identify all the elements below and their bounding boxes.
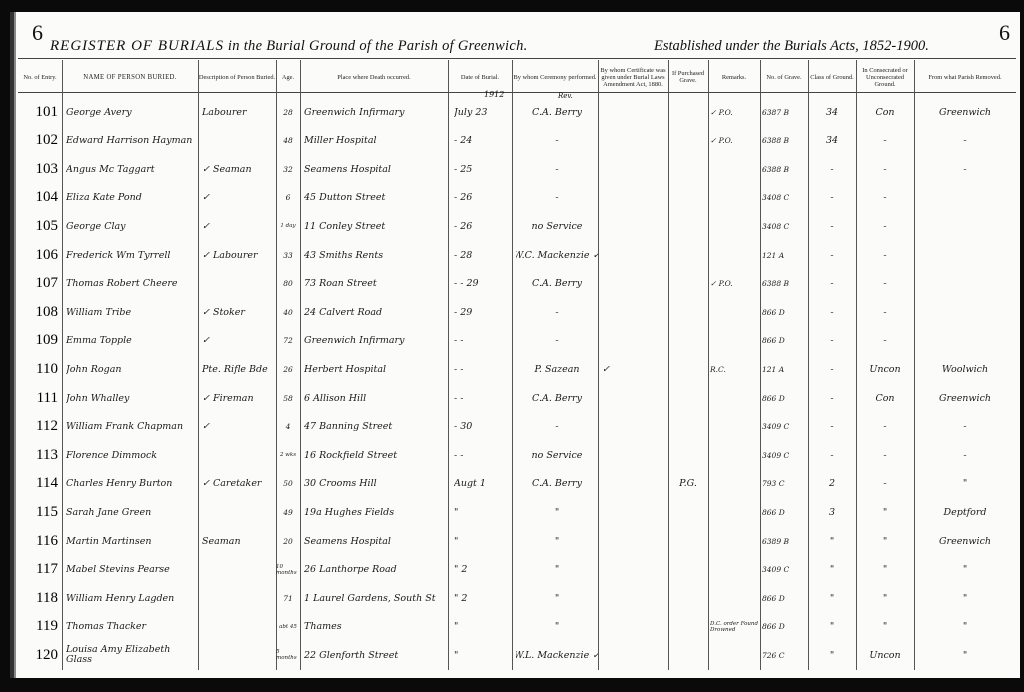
table-row: 117Mabel Stevins Pearse10 months26 Lanth…: [14, 556, 1020, 584]
person-age: 40: [276, 298, 300, 326]
consecrated-ground: -: [856, 155, 914, 183]
death-place: 16 Rockfield Street: [304, 441, 448, 469]
person-age: 33: [276, 241, 300, 269]
death-place: Greenwich Infirmary: [304, 98, 448, 126]
remarks: R.C.: [710, 355, 760, 383]
remarks: [710, 241, 760, 269]
grave-number: 866 D: [762, 584, 808, 612]
entry-number: 108: [18, 298, 58, 326]
grave-number: 6388 B: [762, 155, 808, 183]
entry-number: 109: [18, 327, 58, 355]
col-header-ceremony: By whom Ceremony performed.: [512, 62, 598, 92]
remarks: [710, 155, 760, 183]
ground-class: ": [808, 527, 856, 555]
remarks: [710, 413, 760, 441]
parish-removed: [914, 327, 1016, 355]
grave-number: 6389 B: [762, 527, 808, 555]
remarks: [710, 327, 760, 355]
entry-number: 107: [18, 270, 58, 298]
grave-number: 866 D: [762, 613, 808, 641]
purchased-grave: [668, 355, 708, 383]
grave-number: 121 A: [762, 355, 808, 383]
entry-number: 119: [18, 613, 58, 641]
table-row: 114Charles Henry Burton✓ Caretaker5030 C…: [14, 470, 1020, 498]
consecrated-ground: -: [856, 270, 914, 298]
parish-removed: ": [914, 470, 1016, 498]
ground-class: ": [808, 641, 856, 669]
certificate-by: [602, 384, 668, 412]
col-header-certificate: By whom Certificate was given under Buri…: [598, 62, 668, 92]
burial-date: - -: [454, 441, 512, 469]
certificate-by: [602, 556, 668, 584]
death-place: Seamens Hospital: [304, 527, 448, 555]
table-row: 116Martin MartinsenSeaman20Seamens Hospi…: [14, 527, 1020, 555]
grave-number: 793 C: [762, 470, 808, 498]
consecrated-ground: ": [856, 527, 914, 555]
grave-number: 121 A: [762, 241, 808, 269]
burial-date: - 28: [454, 241, 512, 269]
person-description: [202, 556, 276, 584]
remarks: [710, 384, 760, 412]
scan-top-border: [0, 0, 1024, 12]
person-description: ✓: [202, 413, 276, 441]
ground-class: -: [808, 441, 856, 469]
grave-number: 3409 C: [762, 441, 808, 469]
death-place: 6 Allison Hill: [304, 384, 448, 412]
person-description: ✓ Stoker: [202, 298, 276, 326]
person-description: ✓ Fireman: [202, 384, 276, 412]
consecrated-ground: Uncon: [856, 641, 914, 669]
ceremony-by: C.A. Berry: [516, 470, 598, 498]
certificate-by: [602, 527, 668, 555]
ground-class: 34: [808, 98, 856, 126]
entry-number: 114: [18, 470, 58, 498]
ceremony-by: -: [516, 155, 598, 183]
burial-date: - -: [454, 355, 512, 383]
consecrated-ground: -: [856, 441, 914, 469]
header-top-rule: [18, 58, 1016, 59]
purchased-grave: [668, 184, 708, 212]
grave-number: 726 C: [762, 641, 808, 669]
ceremony-by: ": [516, 584, 598, 612]
person-name: Florence Dimmock: [66, 441, 198, 469]
remarks: [710, 184, 760, 212]
purchased-grave: [668, 384, 708, 412]
parish-removed: [914, 212, 1016, 240]
person-description: [202, 270, 276, 298]
purchased-grave: [668, 327, 708, 355]
person-description: [202, 498, 276, 526]
ceremony-by: ": [516, 527, 598, 555]
person-age: abt 45: [276, 613, 300, 641]
table-row: 111John Whalley✓ Fireman586 Allison Hill…: [14, 384, 1020, 412]
parish-removed: [914, 184, 1016, 212]
entry-number: 116: [18, 527, 58, 555]
burial-date: - 30: [454, 413, 512, 441]
consecrated-ground: Con: [856, 98, 914, 126]
consecrated-ground: -: [856, 241, 914, 269]
consecrated-ground: ": [856, 498, 914, 526]
entry-number: 104: [18, 184, 58, 212]
ground-class: -: [808, 270, 856, 298]
col-header-grave-no: No. of Grave.: [760, 62, 808, 92]
table-row: 115Sarah Jane Green4919a Hughes Fields""…: [14, 498, 1020, 526]
person-age: 5 months: [276, 641, 300, 669]
death-place: Seamens Hospital: [304, 155, 448, 183]
person-name: Martin Martinsen: [66, 527, 198, 555]
col-header-place: Place where Death occurred.: [300, 62, 448, 92]
parish-removed: [914, 270, 1016, 298]
parish-removed: ": [914, 584, 1016, 612]
person-description: Labourer: [202, 98, 276, 126]
person-description: ✓ Caretaker: [202, 470, 276, 498]
table-row: 103Angus Mc Taggart✓ Seaman32Seamens Hos…: [14, 155, 1020, 183]
table-row: 113Florence Dimmock2 wks16 Rockfield Str…: [14, 441, 1020, 469]
burial-date: - -: [454, 327, 512, 355]
person-description: [202, 584, 276, 612]
ceremony-by: C.A. Berry: [516, 270, 598, 298]
burial-date: July 23: [454, 98, 512, 126]
page-number-left: 6: [32, 20, 43, 46]
parish-removed: [914, 241, 1016, 269]
table-row: 104Eliza Kate Pond✓645 Dutton Street- 26…: [14, 184, 1020, 212]
remarks: [710, 498, 760, 526]
consecrated-ground: -: [856, 184, 914, 212]
consecrated-ground: -: [856, 127, 914, 155]
table-row: 118William Henry Lagden711 Laurel Garden…: [14, 584, 1020, 612]
remarks: [710, 441, 760, 469]
certificate-by: [602, 155, 668, 183]
parish-removed: Deptford: [914, 498, 1016, 526]
ceremony-by: ": [516, 556, 598, 584]
ground-class: ": [808, 556, 856, 584]
consecrated-ground: -: [856, 470, 914, 498]
person-age: 48: [276, 127, 300, 155]
parish-removed: [914, 298, 1016, 326]
ceremony-by: W.L. Mackenzie ✓: [516, 641, 598, 669]
person-age: 32: [276, 155, 300, 183]
consecrated-ground: ": [856, 556, 914, 584]
consecrated-ground: -: [856, 413, 914, 441]
ceremony-by: W.C. Mackenzie ✓: [516, 241, 598, 269]
ceremony-by: -: [516, 327, 598, 355]
burial-date: - 24: [454, 127, 512, 155]
remarks: ✓ P.O.: [710, 127, 760, 155]
certificate-by: [602, 270, 668, 298]
grave-number: 866 D: [762, 298, 808, 326]
parish-removed: -: [914, 127, 1016, 155]
col-header-name: NAME OF PERSON BURIED.: [62, 62, 198, 92]
consecrated-ground: -: [856, 298, 914, 326]
ceremony-by: -: [516, 298, 598, 326]
person-age: 28: [276, 98, 300, 126]
ground-class: ": [808, 613, 856, 641]
certificate-by: [602, 641, 668, 669]
person-name: William Henry Lagden: [66, 584, 198, 612]
certificate-by: [602, 413, 668, 441]
table-row: 108William Tribe✓ Stoker4024 Calvert Roa…: [14, 298, 1020, 326]
death-place: Miller Hospital: [304, 127, 448, 155]
table-row: 109Emma Topple✓72Greenwich Infirmary- --…: [14, 327, 1020, 355]
certificate-by: [602, 212, 668, 240]
person-name: Eliza Kate Pond: [66, 184, 198, 212]
purchased-grave: [668, 127, 708, 155]
death-place: Thames: [304, 613, 448, 641]
certificate-by: [602, 241, 668, 269]
entry-number: 112: [18, 413, 58, 441]
purchased-grave: [668, 498, 708, 526]
ceremony-by: C.A. Berry: [516, 384, 598, 412]
person-age: 72: [276, 327, 300, 355]
person-name: Charles Henry Burton: [66, 470, 198, 498]
death-place: 11 Conley Street: [304, 212, 448, 240]
grave-number: 3408 C: [762, 212, 808, 240]
person-description: ✓ Labourer: [202, 241, 276, 269]
col-header-date: Date of Burial.: [448, 62, 512, 92]
ground-class: 2: [808, 470, 856, 498]
ceremony-by: no Service: [516, 212, 598, 240]
ground-class: -: [808, 212, 856, 240]
person-age: 2 wks: [276, 441, 300, 469]
burial-date: - 26: [454, 184, 512, 212]
person-name: Angus Mc Taggart: [66, 155, 198, 183]
parish-removed: Greenwich: [914, 98, 1016, 126]
person-description: [202, 127, 276, 155]
certificate-by: [602, 327, 668, 355]
person-age: 20: [276, 527, 300, 555]
burial-date: - 29: [454, 298, 512, 326]
consecrated-ground: ": [856, 584, 914, 612]
person-name: Emma Topple: [66, 327, 198, 355]
grave-number: 3409 C: [762, 556, 808, 584]
entry-number: 105: [18, 212, 58, 240]
consecrated-ground: -: [856, 212, 914, 240]
col-header-class: Class of Ground.: [808, 62, 856, 92]
death-place: 30 Crooms Hill: [304, 470, 448, 498]
col-header-consecrated: In Consecrated or Unconsecrated Ground.: [856, 62, 914, 92]
grave-number: 6387 B: [762, 98, 808, 126]
table-row: 112William Frank Chapman✓447 Banning Str…: [14, 413, 1020, 441]
entry-number: 113: [18, 441, 58, 469]
consecrated-ground: -: [856, 327, 914, 355]
death-place: 47 Banning Street: [304, 413, 448, 441]
person-name: Thomas Thacker: [66, 613, 198, 641]
established-note: Established under the Burials Acts, 1852…: [654, 38, 929, 55]
table-row: 110John RoganPte. Rifle Bde26Herbert Hos…: [14, 355, 1020, 383]
death-place: 19a Hughes Fields: [304, 498, 448, 526]
ceremony-by: C.A. Berry: [516, 98, 598, 126]
purchased-grave: P.G.: [668, 470, 708, 498]
certificate-by: [602, 584, 668, 612]
table-row: 107Thomas Robert Cheere8073 Roan Street-…: [14, 270, 1020, 298]
person-description: [202, 613, 276, 641]
certificate-by: [602, 298, 668, 326]
burial-date: - 26: [454, 212, 512, 240]
grave-number: 6388 B: [762, 270, 808, 298]
col-header-age: Age.: [276, 62, 300, 92]
parish-removed: Woolwich: [914, 355, 1016, 383]
ground-class: ": [808, 584, 856, 612]
remarks: [710, 470, 760, 498]
col-header-entry-no: No. of Entry.: [18, 62, 62, 92]
grave-number: 3408 C: [762, 184, 808, 212]
certificate-by: [602, 98, 668, 126]
burial-date: ": [454, 498, 512, 526]
certificate-by: [602, 498, 668, 526]
person-description: ✓ Seaman: [202, 155, 276, 183]
consecrated-ground: Con: [856, 384, 914, 412]
person-description: Pte. Rifle Bde: [202, 355, 276, 383]
table-row: 101George AveryLabourer28Greenwich Infir…: [14, 98, 1020, 126]
person-description: [202, 441, 276, 469]
certificate-by: [602, 441, 668, 469]
person-name: Sarah Jane Green: [66, 498, 198, 526]
entry-number: 101: [18, 98, 58, 126]
person-description: [202, 641, 276, 669]
remarks: D.C. order Found Drowned: [710, 613, 760, 641]
purchased-grave: [668, 413, 708, 441]
consecrated-ground: Uncon: [856, 355, 914, 383]
entry-number: 111: [18, 384, 58, 412]
parish-removed: ": [914, 613, 1016, 641]
certificate-by: [602, 470, 668, 498]
person-name: John Whalley: [66, 384, 198, 412]
person-age: 80: [276, 270, 300, 298]
purchased-grave: [668, 441, 708, 469]
ceremony-by: -: [516, 184, 598, 212]
person-description: ✓: [202, 184, 276, 212]
table-row: 120Louisa Amy Elizabeth Glass5 months22 …: [14, 641, 1020, 669]
remarks: ✓ P.O.: [710, 270, 760, 298]
person-description: ✓: [202, 212, 276, 240]
ground-class: 34: [808, 127, 856, 155]
person-age: 49: [276, 498, 300, 526]
table-row: 119Thomas Thackerabt 45Thames""D.C. orde…: [14, 613, 1020, 641]
person-name: William Tribe: [66, 298, 198, 326]
remarks: [710, 556, 760, 584]
purchased-grave: [668, 527, 708, 555]
remarks: [710, 527, 760, 555]
person-name: Louisa Amy Elizabeth Glass: [66, 641, 198, 669]
consecrated-ground: ": [856, 613, 914, 641]
entry-number: 120: [18, 641, 58, 669]
death-place: 43 Smiths Rents: [304, 241, 448, 269]
person-name: Thomas Robert Cheere: [66, 270, 198, 298]
death-place: 22 Glenforth Street: [304, 641, 448, 669]
entry-number: 117: [18, 556, 58, 584]
death-place: Herbert Hospital: [304, 355, 448, 383]
grave-number: 6388 B: [762, 127, 808, 155]
person-name: Frederick Wm Tyrrell: [66, 241, 198, 269]
person-age: 4: [276, 413, 300, 441]
certificate-by: [602, 127, 668, 155]
ground-class: -: [808, 355, 856, 383]
person-age: 10 months: [276, 556, 300, 584]
ground-class: 3: [808, 498, 856, 526]
ceremony-by: P. Sazean: [516, 355, 598, 383]
col-header-remarks: Remarks.: [708, 62, 760, 92]
purchased-grave: [668, 613, 708, 641]
col-header-purchased: If Purchased Grave.: [668, 62, 708, 92]
table-row: 102Edward Harrison Hayman48Miller Hospit…: [14, 127, 1020, 155]
ground-class: -: [808, 327, 856, 355]
burial-date: ": [454, 527, 512, 555]
parish-removed: Greenwich: [914, 527, 1016, 555]
remarks: [710, 584, 760, 612]
burial-date: - -: [454, 384, 512, 412]
person-name: George Clay: [66, 212, 198, 240]
ground-class: -: [808, 413, 856, 441]
parish-removed: ": [914, 641, 1016, 669]
ceremony-by: ": [516, 498, 598, 526]
grave-number: 866 D: [762, 498, 808, 526]
grave-number: 3409 C: [762, 413, 808, 441]
purchased-grave: [668, 584, 708, 612]
death-place: 73 Roan Street: [304, 270, 448, 298]
entry-number: 106: [18, 241, 58, 269]
person-description: Seaman: [202, 527, 276, 555]
burial-date: " 2: [454, 556, 512, 584]
remarks: ✓ P.O.: [710, 98, 760, 126]
person-description: ✓: [202, 327, 276, 355]
person-name: William Frank Chapman: [66, 413, 198, 441]
purchased-grave: [668, 270, 708, 298]
remarks: [710, 212, 760, 240]
parish-removed: ": [914, 556, 1016, 584]
ground-class: -: [808, 298, 856, 326]
ceremony-by: -: [516, 413, 598, 441]
ceremony-by: ": [516, 613, 598, 641]
grave-number: 866 D: [762, 384, 808, 412]
person-age: 58: [276, 384, 300, 412]
entry-number: 103: [18, 155, 58, 183]
certificate-by: ✓: [602, 355, 668, 383]
entry-number: 118: [18, 584, 58, 612]
person-age: 1 day: [276, 212, 300, 240]
person-age: 71: [276, 584, 300, 612]
death-place: 1 Laurel Gardens, South St: [304, 584, 448, 612]
purchased-grave: [668, 241, 708, 269]
parish-removed: -: [914, 441, 1016, 469]
burial-date: ": [454, 641, 512, 669]
ground-class: -: [808, 155, 856, 183]
parish-removed: -: [914, 413, 1016, 441]
death-place: 26 Lanthorpe Road: [304, 556, 448, 584]
person-name: Mabel Stevins Pearse: [66, 556, 198, 584]
entry-number: 110: [18, 355, 58, 383]
person-age: 50: [276, 470, 300, 498]
burial-date: " 2: [454, 584, 512, 612]
purchased-grave: [668, 556, 708, 584]
death-place: 24 Calvert Road: [304, 298, 448, 326]
person-name: George Avery: [66, 98, 198, 126]
burial-date: ": [454, 613, 512, 641]
entry-number: 102: [18, 127, 58, 155]
person-age: 6: [276, 184, 300, 212]
grave-number: 866 D: [762, 327, 808, 355]
entry-number: 115: [18, 498, 58, 526]
scan-bottom-border: [0, 678, 1024, 692]
person-age: 26: [276, 355, 300, 383]
burial-date: - 25: [454, 155, 512, 183]
ground-class: -: [808, 384, 856, 412]
person-name: Edward Harrison Hayman: [66, 127, 198, 155]
register-title-caps: REGISTER OF BURIALS: [50, 38, 224, 54]
person-name: John Rogan: [66, 355, 198, 383]
death-place: 45 Dutton Street: [304, 184, 448, 212]
col-header-parish: From what Parish Removed.: [914, 62, 1016, 92]
ground-class: -: [808, 241, 856, 269]
